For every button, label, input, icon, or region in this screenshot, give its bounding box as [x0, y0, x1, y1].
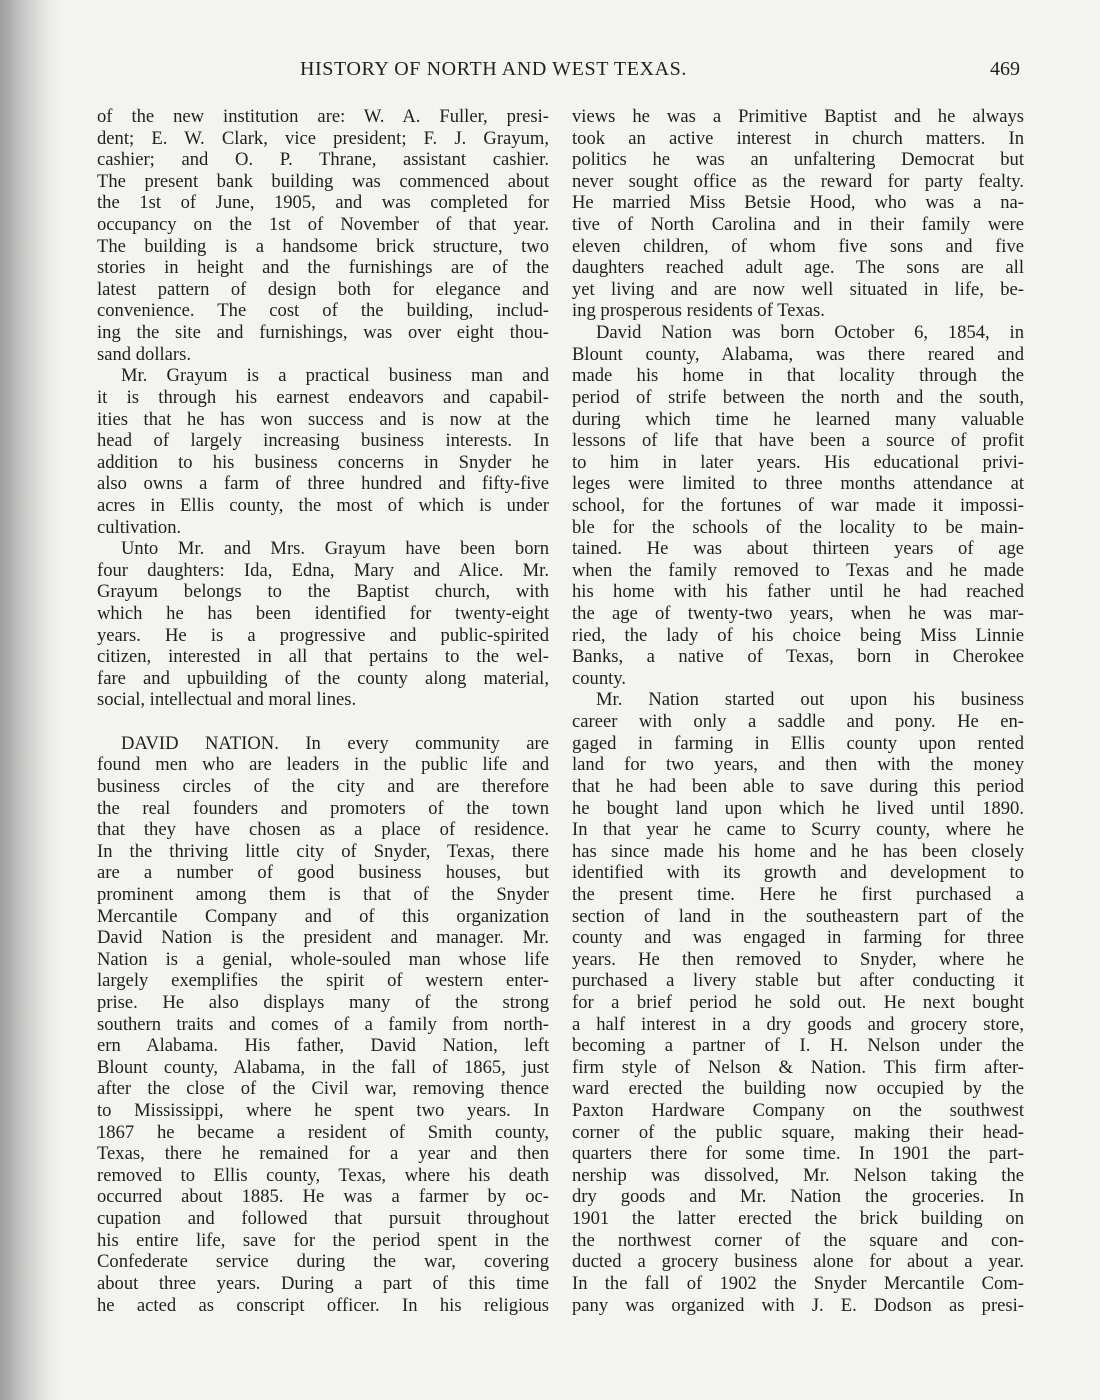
text-line: views he was a Primitive Baptist and he …: [572, 106, 1024, 128]
text-line: Unto Mr. and Mrs. Grayum have been born: [97, 538, 549, 560]
text-line: ing the site and furnishings, was over e…: [97, 322, 549, 344]
text-line: took an active interest in church matter…: [572, 128, 1024, 150]
text-line: during which time he learned many valuab…: [572, 409, 1024, 431]
text-line: Blount county, Alabama, in the fall of 1…: [97, 1057, 549, 1079]
text-line: years. He is a progressive and public-sp…: [97, 625, 549, 647]
text-line: He married Miss Betsie Hood, who was a n…: [572, 192, 1024, 214]
text-line: acres in Ellis county, the most of which…: [97, 495, 549, 517]
text-line: gaged in farming in Ellis county upon re…: [572, 733, 1024, 755]
text-line: the present time. Here he first purchase…: [572, 884, 1024, 906]
text-line: he acted as conscript officer. In his re…: [97, 1295, 549, 1317]
text-line: becoming a partner of I. H. Nelson under…: [572, 1035, 1024, 1057]
text-line: the 1st of June, 1905, and was completed…: [97, 192, 549, 214]
paragraph-nation-career: Mr. Nation started out upon his business…: [572, 689, 1024, 1316]
text-line: tive of North Carolina and in their fami…: [572, 214, 1024, 236]
text-line: Paxton Hardware Company on the southwest: [572, 1100, 1024, 1122]
text-line: Blount county, Alabama, was there reared…: [572, 344, 1024, 366]
text-line: Grayum belongs to the Baptist church, wi…: [97, 581, 549, 603]
text-line: when the family removed to Texas and he …: [572, 560, 1024, 582]
text-line: after the close of the Civil war, removi…: [97, 1078, 549, 1100]
text-line: sand dollars.: [97, 344, 549, 366]
text-line: convenience. The cost of the building, i…: [97, 300, 549, 322]
text-line: 1867 he became a resident of Smith count…: [97, 1122, 549, 1144]
text-line: which he has been identified for twenty-…: [97, 603, 549, 625]
text-line: citizen, interested in all that pertains…: [97, 646, 549, 668]
text-line: yet living and are now well situated in …: [572, 279, 1024, 301]
text-line: 1901 the latter erected the brick buildi…: [572, 1208, 1024, 1230]
paragraph-grayum-business: Mr. Grayum is a practical business man a…: [97, 365, 549, 538]
text-line: dry goods and Mr. Nation the groceries. …: [572, 1186, 1024, 1208]
text-line: ried, the lady of his choice being Miss …: [572, 625, 1024, 647]
text-line: ward erected the building now occupied b…: [572, 1078, 1024, 1100]
text-line: Mercantile Company and of this organizat…: [97, 906, 549, 928]
text-line: county.: [572, 668, 1024, 690]
text-line: are a number of good business houses, bu…: [97, 862, 549, 884]
paragraph-david-nation-intro: DAVID NATION. In every community arefoun…: [97, 733, 549, 1316]
text-line: his home with his father until he had re…: [572, 581, 1024, 603]
text-line: quarters there for some time. In 1901 th…: [572, 1143, 1024, 1165]
text-line: career with only a saddle and pony. He e…: [572, 711, 1024, 733]
text-line: to Mississippi, where he spent two years…: [97, 1100, 549, 1122]
text-line: tained. He was about thirteen years of a…: [572, 538, 1024, 560]
text-line: social, intellectual and moral lines.: [97, 689, 549, 711]
text-line: his entire life, save for the period spe…: [97, 1230, 549, 1252]
text-line: addition to his business concerns in Sny…: [97, 452, 549, 474]
page-gutter-shadow: [0, 0, 60, 1400]
text-line: head of largely increasing business inte…: [97, 430, 549, 452]
text-line: ing prosperous residents of Texas.: [572, 300, 1024, 322]
text-line: The present bank building was commenced …: [97, 171, 549, 193]
text-line: DAVID NATION. In every community are: [97, 733, 549, 755]
text-line: dent; E. W. Clark, vice president; F. J.…: [97, 128, 549, 150]
text-line: daughters reached adult age. The sons ar…: [572, 257, 1024, 279]
text-line: section of land in the southeastern part…: [572, 906, 1024, 928]
text-line: largely exemplifies the spirit of wester…: [97, 970, 549, 992]
text-line: southern traits and comes of a family fr…: [97, 1014, 549, 1036]
text-line: the real founders and promoters of the t…: [97, 798, 549, 820]
text-line: to him in later years. His educational p…: [572, 452, 1024, 474]
paragraph-religion-family: views he was a Primitive Baptist and he …: [572, 106, 1024, 322]
text-line: occupancy on the 1st of November of that…: [97, 214, 549, 236]
text-line: for a brief period he sold out. He next …: [572, 992, 1024, 1014]
paragraph-bank-officers: of the new institution are: W. A. Fuller…: [97, 106, 549, 365]
text-line: latest pattern of design both for elegan…: [97, 279, 549, 301]
text-line: cashier; and O. P. Thrane, assistant cas…: [97, 149, 549, 171]
text-line: politics he was an unfaltering Democrat …: [572, 149, 1024, 171]
text-line: it is through his earnest endeavors and …: [97, 387, 549, 409]
page-number: 469: [990, 58, 1020, 81]
text-line: prominent among them is that of the Snyd…: [97, 884, 549, 906]
text-line: four daughters: Ida, Edna, Mary and Alic…: [97, 560, 549, 582]
text-line: period of strife between the north and t…: [572, 387, 1024, 409]
text-line: In the fall of 1902 the Snyder Mercantil…: [572, 1273, 1024, 1295]
text-line: that he had been able to save during thi…: [572, 776, 1024, 798]
right-column: views he was a Primitive Baptist and he …: [572, 106, 1024, 1316]
paragraph-nation-birth: David Nation was born October 6, 1854, i…: [572, 322, 1024, 689]
text-line: about three years. During a part of this…: [97, 1273, 549, 1295]
text-line: that they have chosen as a place of resi…: [97, 819, 549, 841]
text-line: the age of twenty-two years, when he was…: [572, 603, 1024, 625]
text-line: found men who are leaders in the public …: [97, 754, 549, 776]
text-line: ducted a grocery business alone for abou…: [572, 1251, 1024, 1273]
text-line: ern Alabama. His father, David Nation, l…: [97, 1035, 549, 1057]
text-line: county and was engaged in farming for th…: [572, 927, 1024, 949]
text-line: ble for the schools of the locality to b…: [572, 517, 1024, 539]
text-line: Texas, there he remained for a year and …: [97, 1143, 549, 1165]
text-line: school, for the fortunes of war made it …: [572, 495, 1024, 517]
text-line: cupation and followed that pursuit throu…: [97, 1208, 549, 1230]
text-line: purchased a livery stable but after cond…: [572, 970, 1024, 992]
text-line: pany was organized with J. E. Dodson as …: [572, 1295, 1024, 1317]
text-line: occurred about 1885. He was a farmer by …: [97, 1186, 549, 1208]
text-line: made his home in that locality through t…: [572, 365, 1024, 387]
paragraph-grayum-family: Unto Mr. and Mrs. Grayum have been bornf…: [97, 538, 549, 711]
text-line: Mr. Grayum is a practical business man a…: [97, 365, 549, 387]
text-line: Banks, a native of Texas, born in Cherok…: [572, 646, 1024, 668]
text-line: Confederate service during the war, cove…: [97, 1251, 549, 1273]
text-line: years. He then removed to Snyder, where …: [572, 949, 1024, 971]
text-line: fare and upbuilding of the county along …: [97, 668, 549, 690]
text-line: Nation is a genial, whole-souled man who…: [97, 949, 549, 971]
text-line: In that year he came to Scurry county, w…: [572, 819, 1024, 841]
text-line: of the new institution are: W. A. Fuller…: [97, 106, 549, 128]
text-line: removed to Ellis county, Texas, where hi…: [97, 1165, 549, 1187]
text-line: also owns a farm of three hundred and fi…: [97, 473, 549, 495]
text-line: identified with its growth and developme…: [572, 862, 1024, 884]
text-line: a half interest in a dry goods and groce…: [572, 1014, 1024, 1036]
text-line: leges were limited to three months atten…: [572, 473, 1024, 495]
text-line: lessons of life that have been a source …: [572, 430, 1024, 452]
text-line: firm style of Nelson & Nation. This firm…: [572, 1057, 1024, 1079]
text-line: has since made his home and he has been …: [572, 841, 1024, 863]
text-line: David Nation was born October 6, 1854, i…: [572, 322, 1024, 344]
text-line: stories in height and the furnishings ar…: [97, 257, 549, 279]
text-line: ities that he has won success and is now…: [97, 409, 549, 431]
text-line: prise. He also displays many of the stro…: [97, 992, 549, 1014]
text-line: land for two years, and then with the mo…: [572, 754, 1024, 776]
text-line: never sought office as the reward for pa…: [572, 171, 1024, 193]
text-line: business circles of the city and are the…: [97, 776, 549, 798]
text-line: David Nation is the president and manage…: [97, 927, 549, 949]
text-line: corner of the public square, making thei…: [572, 1122, 1024, 1144]
text-line: nership was dissolved, Mr. Nelson taking…: [572, 1165, 1024, 1187]
text-line: In the thriving little city of Snyder, T…: [97, 841, 549, 863]
text-line: he bought land upon which he lived until…: [572, 798, 1024, 820]
text-line: eleven children, of whom five sons and f…: [572, 236, 1024, 258]
text-line: The building is a handsome brick structu…: [97, 236, 549, 258]
text-line: the northwest corner of the square and c…: [572, 1230, 1024, 1252]
text-line: Mr. Nation started out upon his business: [572, 689, 1024, 711]
text-line: cultivation.: [97, 517, 549, 539]
left-column: of the new institution are: W. A. Fuller…: [97, 106, 549, 1316]
section-gap: [97, 711, 549, 733]
running-head-title: HISTORY OF NORTH AND WEST TEXAS.: [300, 58, 820, 81]
